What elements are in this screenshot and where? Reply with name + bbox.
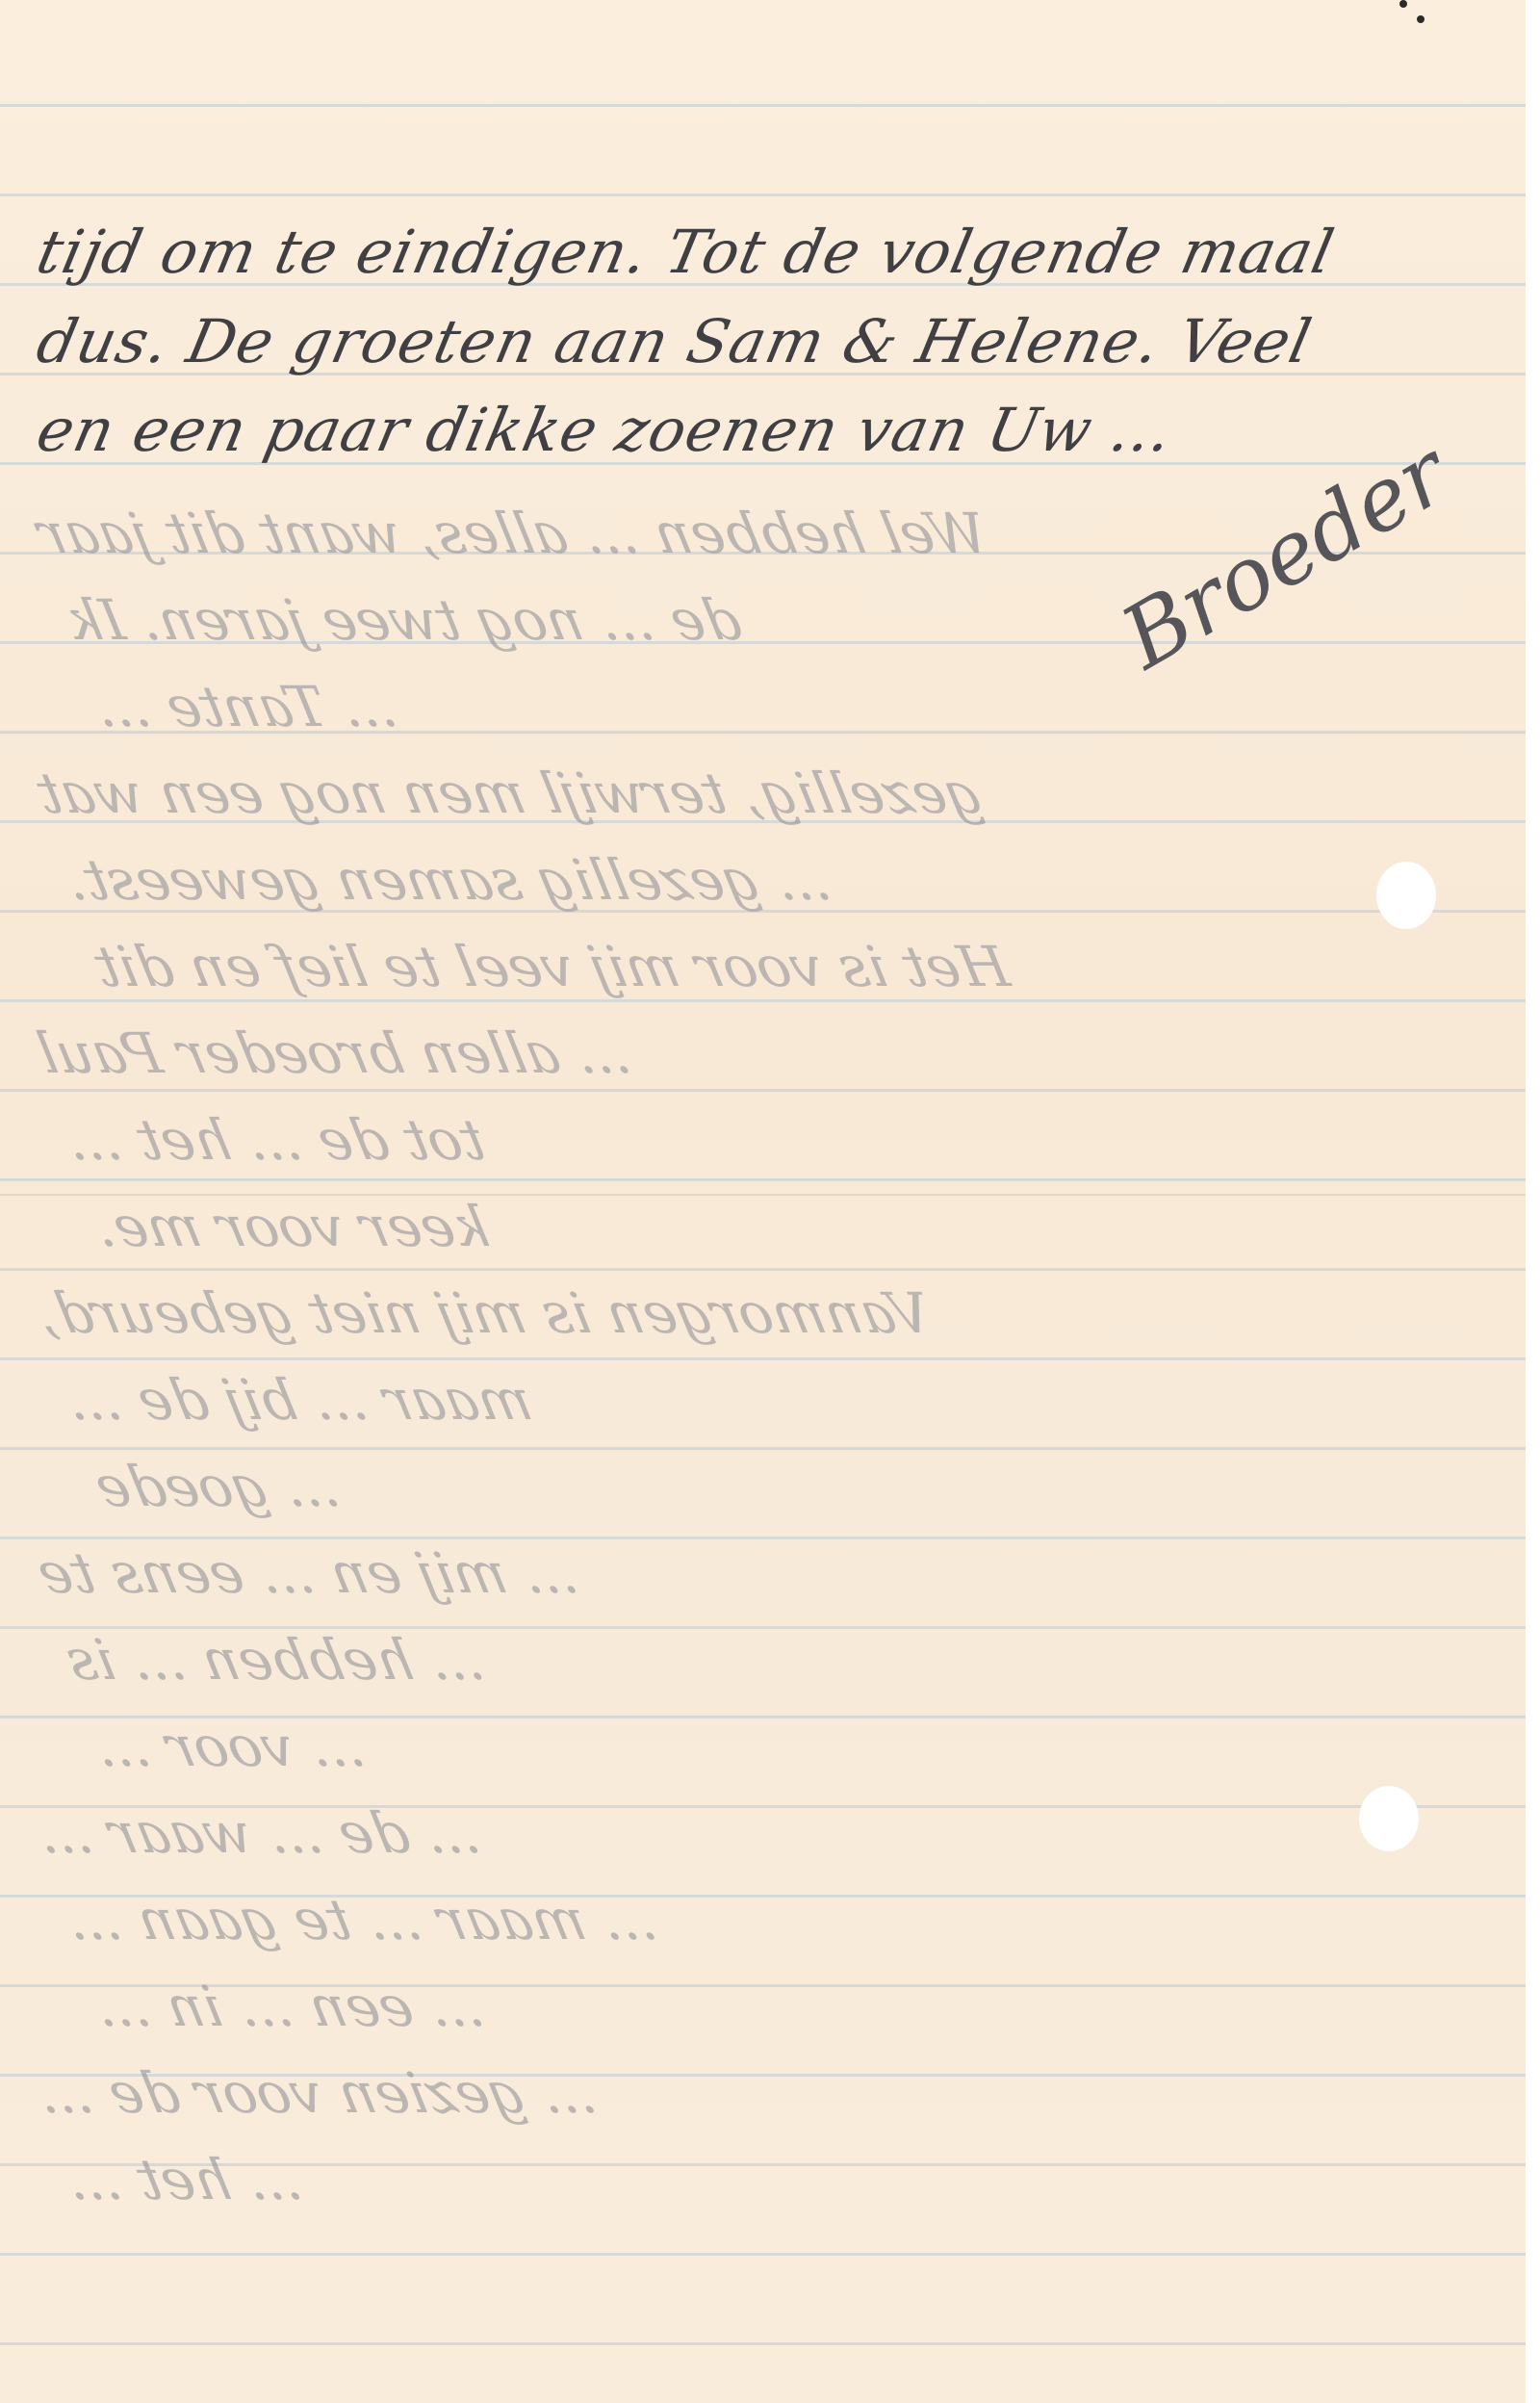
handwritten-line: dus. De groeten aan Sam & Helene. Veel [31,306,1318,376]
bleed-through-line: ... de ... waar ... [32,1800,486,1866]
rule-line [0,2253,1526,2256]
rule-line [0,1447,1526,1450]
rule-line [0,1178,1526,1181]
bleed-through-line: ... mij en ... eens te [32,1540,584,1606]
punch-hole [1359,1786,1419,1851]
bleed-through-line: ... het ... [61,2147,308,2212]
rule-line [0,2342,1526,2345]
letter-page: Wel hebben ... alles, want dit jaarde ..… [0,0,1526,2403]
bleed-through-line: Wel hebben ... alles, want dit jaar [32,501,993,566]
bleed-through-line: ... voor ... [90,1714,371,1779]
bleed-through-line: ... maar ... te gaan ... [61,1887,663,1952]
handwritten-line: tijd om te eindigen. Tot de volgende maa… [31,217,1340,287]
rule-line [0,1268,1526,1271]
bleed-through-line: gezellig, terwijl men nog een wat [32,761,988,826]
ink-spot [1399,0,1407,8]
bleed-through-line: ... gezellig samen geweest. [61,847,836,913]
rule-line [0,194,1526,196]
rule-line [0,1357,1526,1360]
bleed-through-line: ... een ... in ... [90,1974,490,2039]
bleed-through-line: ... Tante ... [90,674,403,739]
bleed-through-line: maar ... bij de ... [61,1367,538,1433]
handwritten-line: en een paar dikke zoenen van Uw ... [31,395,1179,465]
bleed-through-line: Vanmorgen is mij niet gebeurd, [32,1280,937,1346]
bleed-through-line: ... goede [90,1454,346,1519]
punch-hole [1376,862,1436,929]
bleed-through-line: ... hebben ... is [61,1627,490,1692]
bleed-through-line: tot de ... het ... [61,1107,491,1173]
bleed-through-line: ... allen broeder Paul [32,1021,637,1086]
ink-spot [1417,15,1424,23]
bleed-through-line: keer voor me. [90,1194,495,1259]
rule-line [0,1089,1526,1092]
rule-line [0,104,1526,107]
rule-line [0,1537,1526,1539]
rule-line [0,999,1526,1002]
bleed-through-line: ... gezien voor de ... [32,2060,603,2126]
bleed-through-line: Het is voor mij veel te lief en dit [90,934,1014,999]
bleed-through-line: de ... nog twee jaren. Ik [61,587,747,653]
